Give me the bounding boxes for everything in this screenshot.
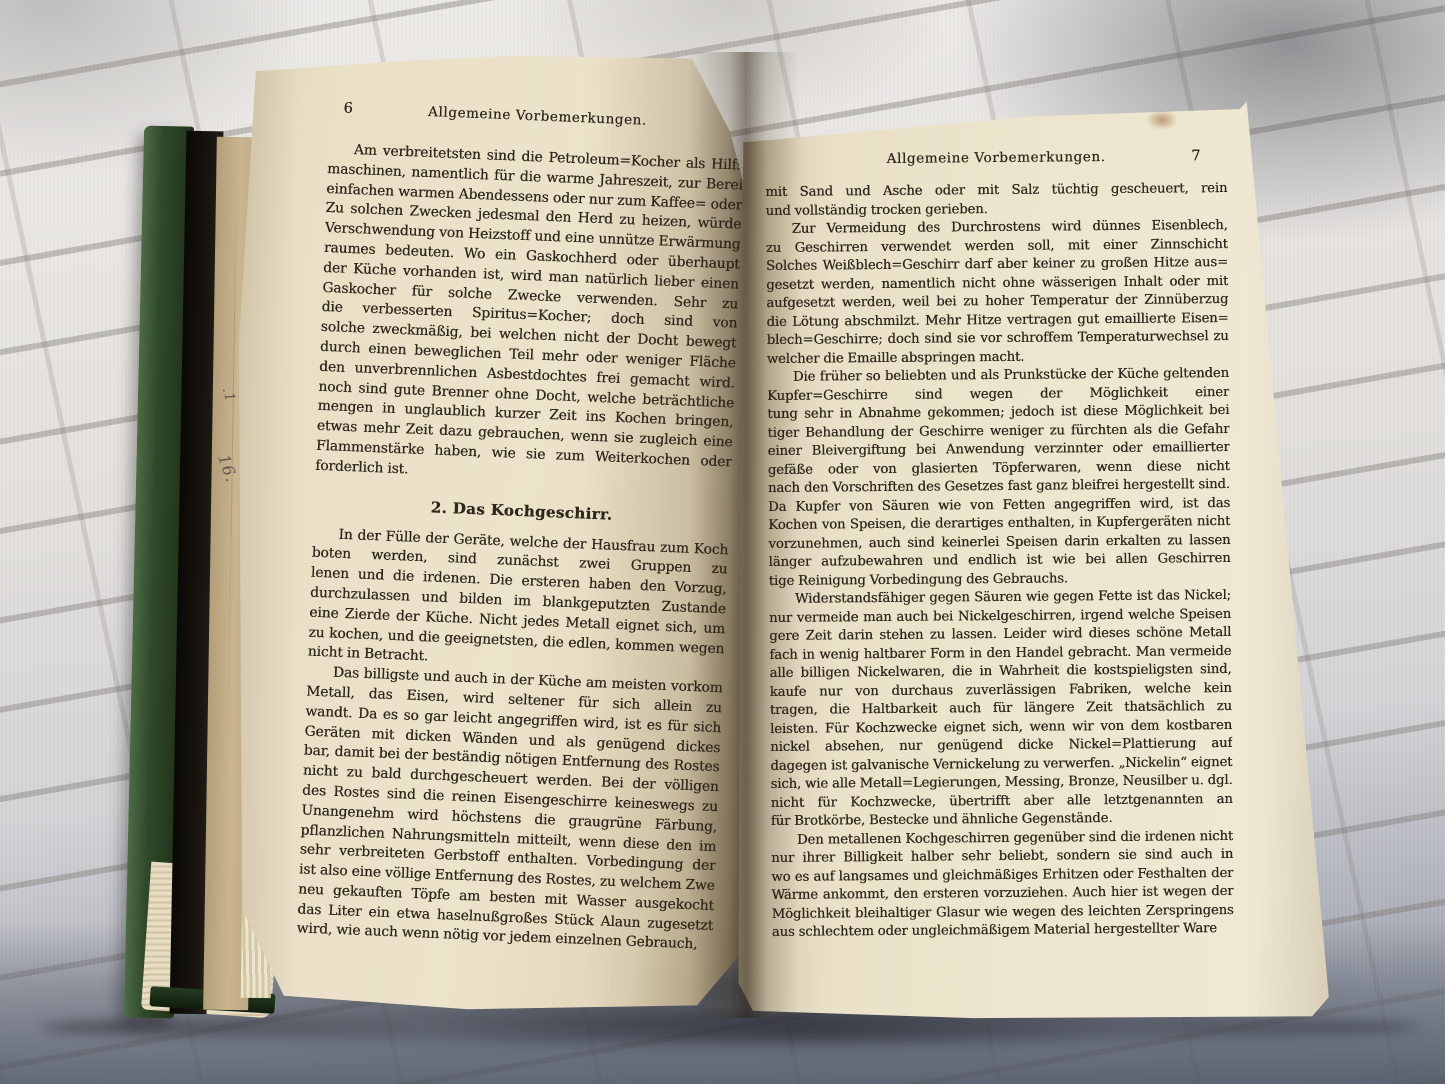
paragraph: Zur Vermeidung des Durchrostens wird dün… (766, 217, 1229, 369)
handwritten-mark: .1 (219, 385, 238, 404)
paragraph: Den metallenen Kochgeschirren gegenüber … (771, 827, 1234, 942)
running-title-left: Allgemeine Vorbemerkungen. (428, 104, 647, 129)
running-header-left: 6 Allgemeine Vorbemerkungen. (329, 98, 745, 135)
left-page-content: 6 Allgemeine Vorbemerkungen. Am verbreit… (296, 98, 745, 956)
paragraph: Widerstandsfähiger gegen Säuren wie gege… (769, 587, 1233, 832)
book-page-right: Allgemeine Vorbemerkungen. 7 mit Sand un… (735, 98, 1330, 1020)
section-heading: 2. Das Kochgeschirr. (313, 492, 729, 529)
paragraph: mit Sand und Asche oder mit Salz tüchtig… (765, 180, 1227, 221)
paragraph: Das billigste und auch in der Küche am m… (296, 663, 723, 957)
handwritten-mark: 16. (214, 452, 241, 485)
page-number-right: 7 (1191, 146, 1201, 166)
running-title-right: Allgemeine Vorbemerkungen. (887, 149, 1106, 167)
right-page-content: Allgemeine Vorbemerkungen. 7 mit Sand un… (765, 146, 1234, 943)
book-page-left: 6 Allgemeine Vorbemerkungen. Am verbreit… (238, 50, 748, 1015)
running-header-right: Allgemeine Vorbemerkungen. 7 (765, 146, 1227, 170)
paragraph: Am verbreitetsten sind die Petroleum=Koc… (315, 140, 744, 493)
page-number-left: 6 (343, 99, 354, 119)
text-line: aus schlechtem oder ungleichmäßigem Mate… (772, 920, 1234, 943)
paragraph: In der Fülle der Geräte, welche der Haus… (307, 524, 728, 679)
paragraph: Die früher so beliebten und als Prunkstü… (767, 365, 1231, 591)
